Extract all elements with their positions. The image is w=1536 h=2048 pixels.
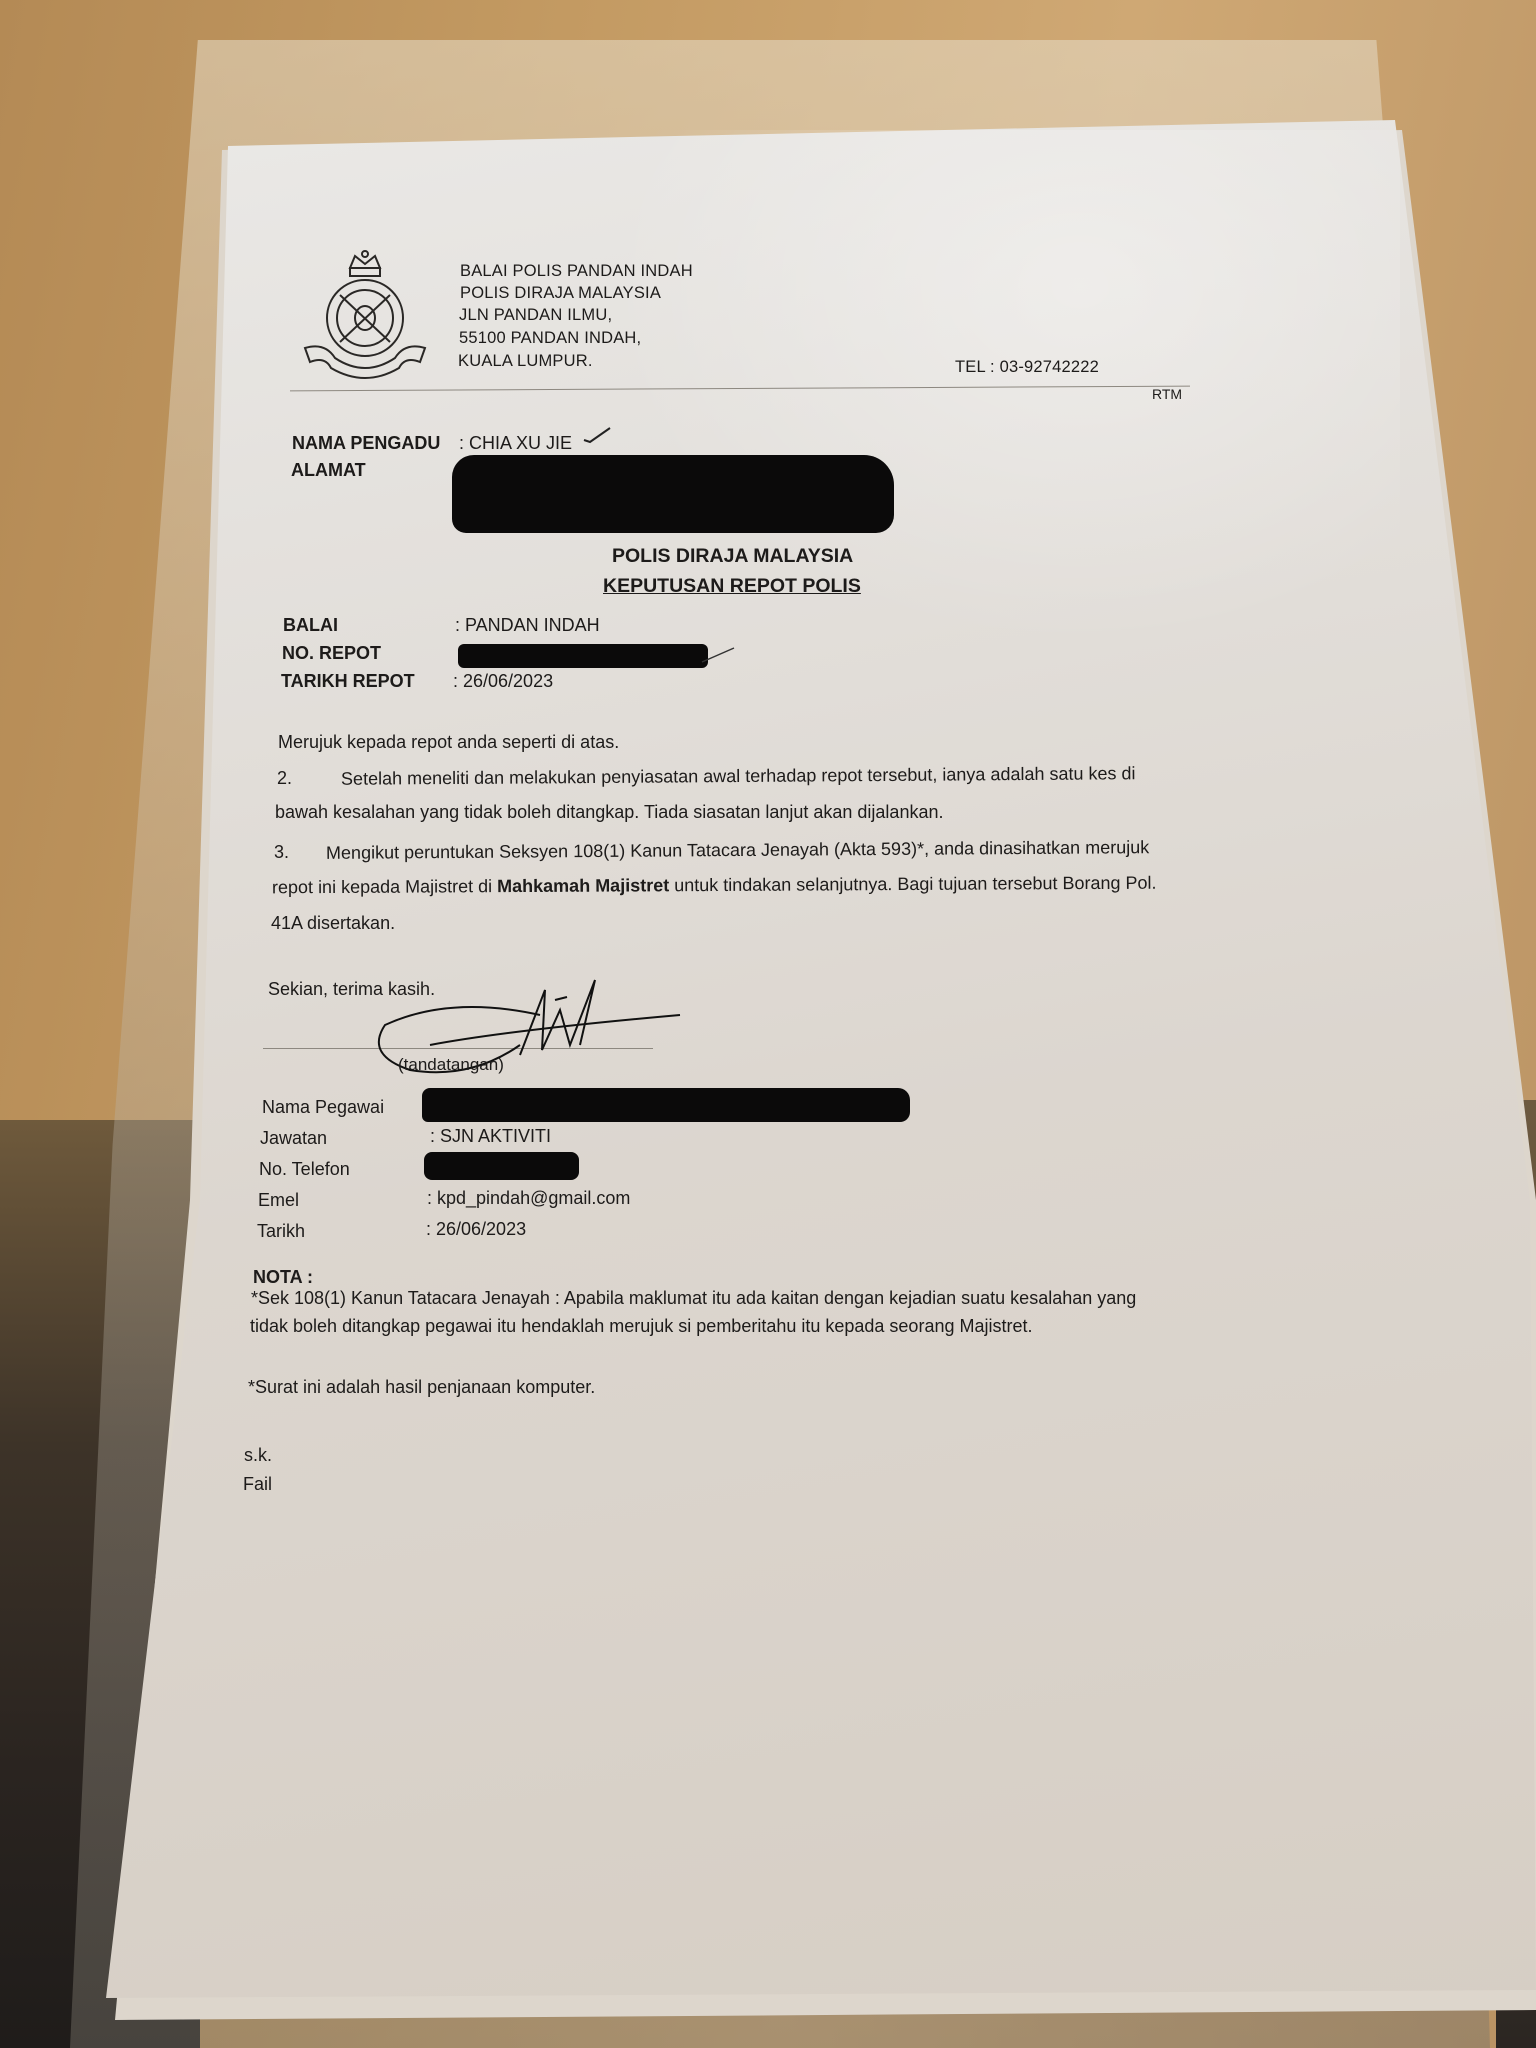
- officer-position-value: : SJN AKTIVITI: [430, 1126, 551, 1147]
- officer-name-label: Nama Pegawai: [262, 1097, 384, 1118]
- title-document: KEPUTUSAN REPOT POLIS: [603, 575, 861, 598]
- checkmark-icon: [582, 424, 612, 444]
- redacted-officer-name: [422, 1088, 910, 1122]
- complainant-address-label: ALAMAT: [291, 460, 366, 481]
- report-number-label: NO. REPOT: [282, 643, 381, 664]
- paragraph-3-line: 41A disertakan.: [271, 913, 395, 934]
- reference-code: RTM: [1152, 386, 1182, 402]
- station-label: BALAI: [283, 615, 338, 636]
- officer-email-label: Emel: [258, 1190, 299, 1211]
- checkmark-icon: [700, 646, 736, 666]
- signature-caption: (tandatangan): [398, 1055, 504, 1075]
- letterhead-line: KUALA LUMPUR.: [458, 352, 593, 371]
- complainant-name-label: NAMA PENGADU: [292, 433, 440, 454]
- title-organisation: POLIS DIRAJA MALAYSIA: [612, 545, 853, 568]
- opening-line: Merujuk kepada repot anda seperti di ata…: [278, 732, 619, 753]
- officer-position-label: Jawatan: [260, 1128, 327, 1149]
- computer-generated-note: *Surat ini adalah hasil penjanaan komput…: [248, 1377, 595, 1398]
- court-name: Mahkamah Majistret: [497, 875, 669, 896]
- officer-email-value: : kpd_pindah@gmail.com: [427, 1188, 630, 1209]
- letterhead-line: JLN PANDAN ILMU,: [459, 306, 612, 325]
- cc-value: Fail: [243, 1474, 272, 1495]
- letterhead-line: BALAI POLIS PANDAN INDAH: [460, 262, 693, 281]
- paragraph-3-number: 3.: [274, 842, 289, 863]
- letterhead-line: 55100 PANDAN INDAH,: [459, 329, 641, 348]
- note-heading: NOTA :: [253, 1267, 313, 1288]
- paragraph-2-number: 2.: [277, 768, 292, 789]
- redacted-address: [452, 455, 894, 533]
- note-line: tidak boleh ditangkap pegawai itu hendak…: [250, 1316, 1032, 1337]
- complainant-name-value: : CHIA XU JIE: [459, 433, 572, 454]
- letterhead-line: POLIS DIRAJA MALAYSIA: [460, 284, 661, 303]
- cc-label: s.k.: [244, 1445, 272, 1466]
- paragraph-3-text: untuk tindakan selanjutnya. Bagi tujuan …: [669, 873, 1156, 896]
- redacted-report-number: [458, 644, 708, 668]
- note-line: *Sek 108(1) Kanun Tatacara Jenayah : Apa…: [251, 1288, 1136, 1309]
- report-date-value: : 26/06/2023: [453, 671, 553, 692]
- police-report-letter: [0, 0, 1536, 2048]
- paragraph-2-line: bawah kesalahan yang tidak boleh ditangk…: [275, 802, 943, 823]
- redacted-officer-phone: [424, 1152, 579, 1180]
- pdrm-crest-icon: [295, 250, 435, 385]
- station-telephone: TEL : 03-92742222: [955, 358, 1099, 377]
- paragraph-3-text: repot ini kepada Majistret di: [272, 876, 497, 897]
- report-date-label: TARIKH REPOT: [281, 671, 415, 692]
- station-value: : PANDAN INDAH: [455, 615, 600, 636]
- officer-date-value: : 26/06/2023: [426, 1219, 526, 1240]
- officer-date-label: Tarikh: [257, 1221, 305, 1242]
- officer-phone-label: No. Telefon: [259, 1159, 350, 1180]
